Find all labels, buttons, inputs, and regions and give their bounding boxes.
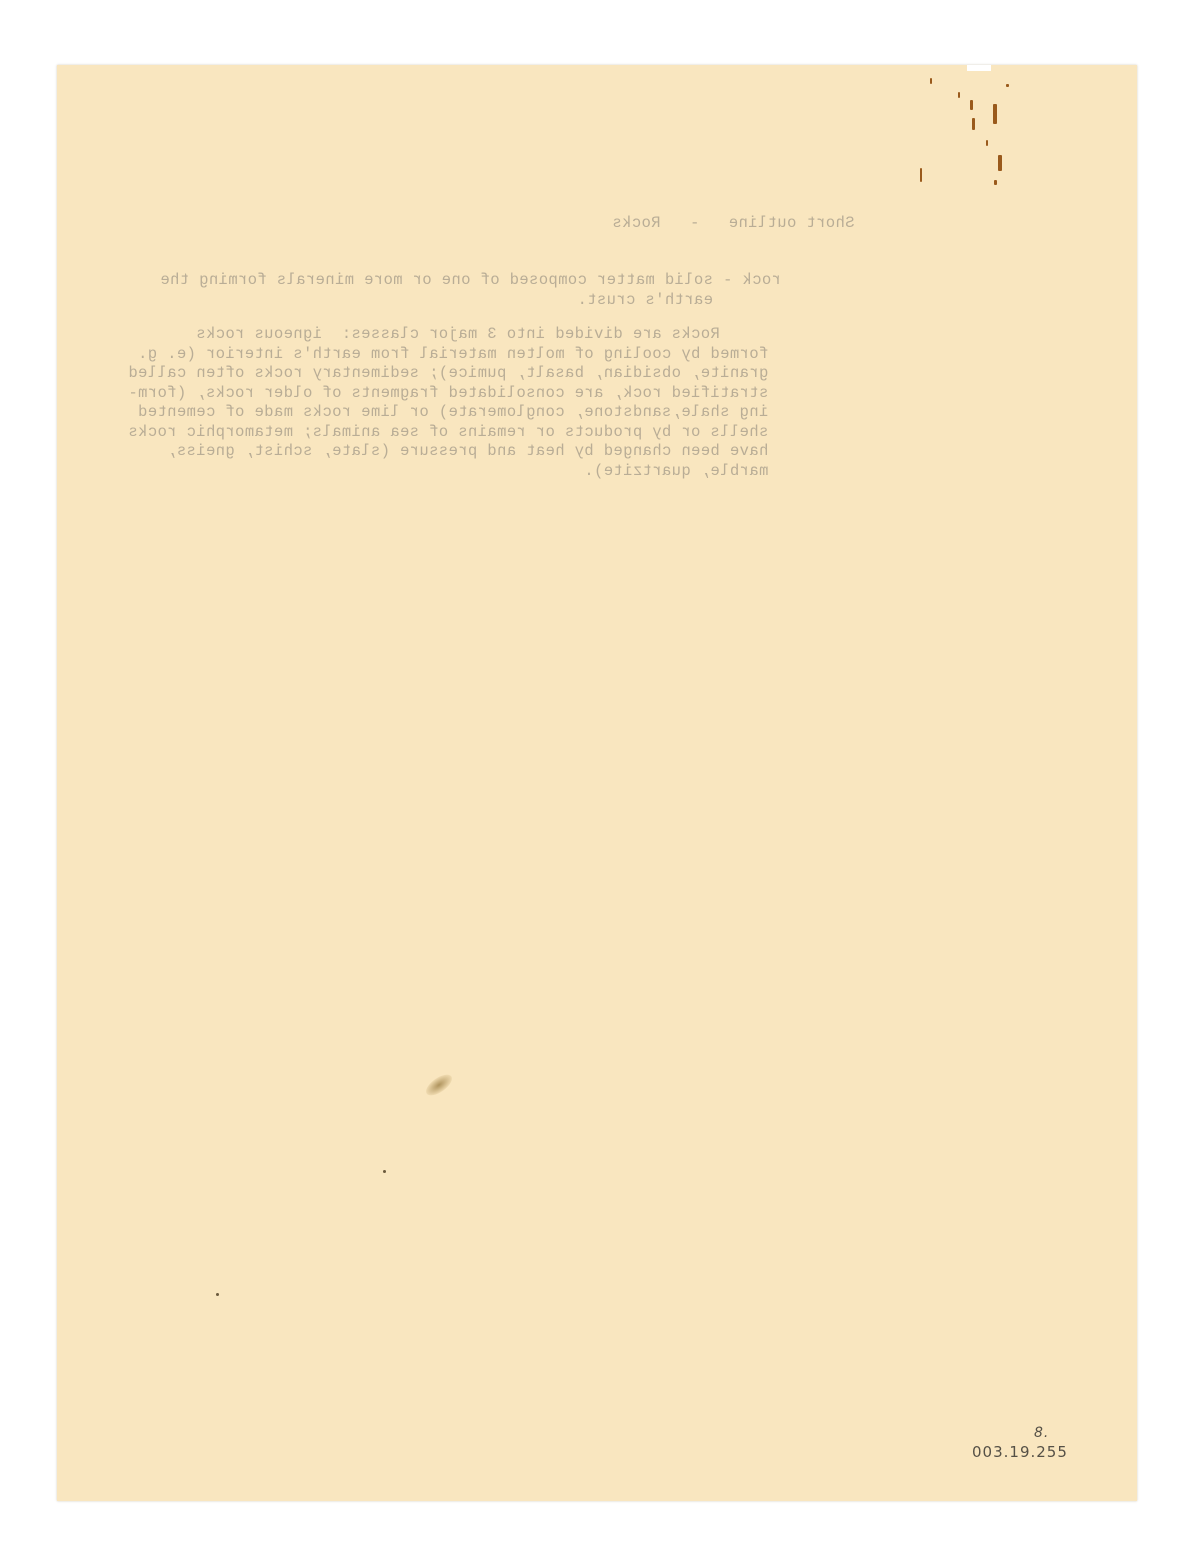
body-line: granite, obsidian, basalt, pumice); sedi…	[128, 364, 768, 384]
page-number: 8.	[1034, 1425, 1049, 1441]
paper-speck	[216, 1293, 219, 1296]
paper-tear	[967, 65, 991, 71]
body-line: formed by cooling of molten material fro…	[128, 345, 768, 365]
definition-paragraph: rock - solid matter composed of one or m…	[160, 271, 781, 310]
document-title: Short outline - Rocks	[612, 214, 855, 234]
rust-stain	[986, 140, 988, 146]
rust-stain	[998, 155, 1002, 171]
body-line: marble, quartzite).	[128, 462, 768, 482]
definition-line: rock - solid matter composed of one or m…	[160, 271, 781, 291]
catalog-number: 003.19.255	[972, 1443, 1068, 1461]
rust-stain	[993, 104, 997, 124]
rust-stain	[1006, 84, 1009, 87]
body-line: have been changed by heat and pressure (…	[128, 442, 768, 462]
rust-stain	[970, 100, 973, 110]
definition-line: earth's crust.	[160, 291, 781, 311]
rust-stain	[958, 92, 960, 98]
rust-stain	[920, 168, 922, 182]
rust-stain	[930, 78, 932, 84]
body-line: stratified rock, are consolidated fragme…	[128, 384, 768, 404]
rust-stain	[972, 118, 975, 130]
rust-stain	[994, 180, 997, 185]
body-paragraph: Rocks are divided into 3 major classes: …	[128, 325, 768, 481]
paper-speck	[383, 1170, 386, 1173]
body-line: shells or by products or remains of sea …	[128, 423, 768, 443]
body-line: ing shale,sandstone, conglomerate) or li…	[128, 403, 768, 423]
body-line: Rocks are divided into 3 major classes: …	[128, 325, 768, 345]
